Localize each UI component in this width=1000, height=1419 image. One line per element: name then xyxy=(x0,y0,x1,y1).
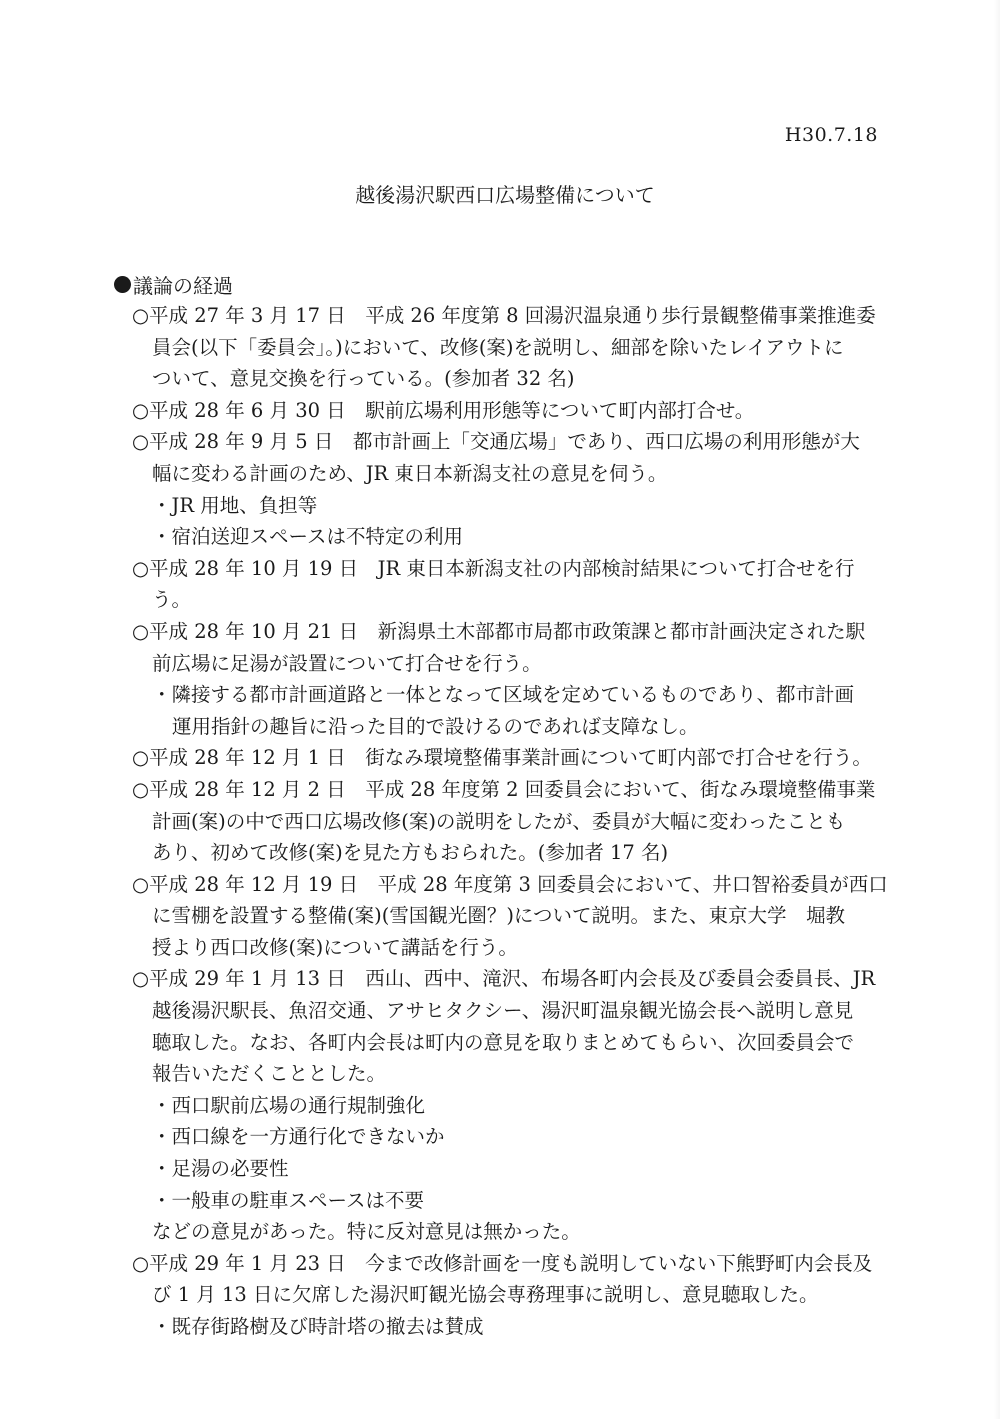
summary-line: などの意見があった。特に反対意見は無かった。 xyxy=(132,1216,882,1248)
history-continuation-line: あり、初めて改修(案)を見た方もおられた。(参加者 17 名) xyxy=(132,837,882,869)
history-continuation-line: に雪棚を設置する整備(案)(雪国観光圏？)について説明。また、東京大学 堀教 xyxy=(132,900,882,932)
bullet-item: ・足湯の必要性 xyxy=(132,1153,882,1185)
history-entry-line: ○平成 28 年 10 月 19 日 JR 東日本新潟支社の内部検討結果について… xyxy=(132,553,882,585)
bullet-dot-icon xyxy=(114,276,131,293)
history-continuation-line: 計画(案)の中で西口広場改修(案)の説明をしたが、委員が大幅に変わったことも xyxy=(132,806,882,838)
history-continuation-line: 越後湯沢駅長、魚沼交通、アサヒタクシー、湯沢町温泉観光協会長へ説明し意見 xyxy=(132,995,882,1027)
history-entry-line: ○平成 28 年 12 月 19 日 平成 28 年度第 3 回委員会において、… xyxy=(132,869,882,901)
bullet-item: ・宿泊送迎スペースは不特定の利用 xyxy=(132,521,882,553)
bullet-item: ・西口駅前広場の通行規制強化 xyxy=(132,1090,882,1122)
history-entry-line: ○平成 28 年 10 月 21 日 新潟県土木部都市局都市政策課と都市計画決定… xyxy=(132,616,882,648)
history-entry-line: ○平成 28 年 6 月 30 日 駅前広場利用形態等について町内部打合せ。 xyxy=(132,395,882,427)
history-continuation-line: ついて、意見交換を行っている。(参加者 32 名) xyxy=(132,363,882,395)
section-heading-text: 議論の経過 xyxy=(133,270,233,299)
bullet-item: ・隣接する都市計画道路と一体となって区域を定めているものであり、都市計画 xyxy=(132,679,882,711)
history-continuation-line: び 1 月 13 日に欠席した湯沢町観光協会専務理事に説明し、意見聴取した。 xyxy=(132,1279,882,1311)
bullet-item: ・既存街路樹及び時計塔の撤去は賛成 xyxy=(132,1311,882,1343)
history-entry-line: ○平成 29 年 1 月 23 日 今まで改修計画を一度も説明していない下熊野町… xyxy=(132,1248,882,1280)
history-entry-line: ○平成 28 年 12 月 1 日 街なみ環境整備事業計画について町内部で打合せ… xyxy=(132,742,882,774)
history-entry-line: ○平成 27 年 3 月 17 日 平成 26 年度第 8 回湯沢温泉通り歩行景… xyxy=(132,300,882,332)
bullet-item: ・JR 用地、負担等 xyxy=(132,490,882,522)
history-continuation-line: 員会(以下「委員会」。)において、改修(案)を説明し、細部を除いたレイアウトに xyxy=(132,332,882,364)
history-entry-line: ○平成 28 年 9 月 5 日 都市計画上「交通広場」であり、西口広場の利用形… xyxy=(132,426,882,458)
document-date: H30.7.18 xyxy=(785,124,878,146)
bullet-continuation-line: 運用指針の趣旨に沿った目的で設けるのであれば支障なし。 xyxy=(132,711,882,743)
history-entry-line: ○平成 29 年 1 月 13 日 西山、西中、滝沢、布場各町内会長及び委員会委… xyxy=(132,963,882,995)
history-continuation-line: 前広場に足湯が設置について打合せを行う。 xyxy=(132,648,882,680)
bullet-item: ・西口線を一方通行化できないか xyxy=(132,1121,882,1153)
history-continuation-line: 幅に変わる計画のため、JR 東日本新潟支社の意見を伺う。 xyxy=(132,458,882,490)
discussion-history: ○平成 27 年 3 月 17 日 平成 26 年度第 8 回湯沢温泉通り歩行景… xyxy=(132,300,882,1343)
history-continuation-line: 聴取した。なお、各町内会長は町内の意見を取りまとめてもらい、次回委員会で xyxy=(132,1027,882,1059)
scan-edge xyxy=(994,0,1000,1419)
bullet-item: ・一般車の駐車スペースは不要 xyxy=(132,1185,882,1217)
history-continuation-line: 授より西口改修(案)について講話を行う。 xyxy=(132,932,882,964)
history-continuation-line: 報告いただくこととした。 xyxy=(132,1058,882,1090)
document-title: 越後湯沢駅西口広場整備について xyxy=(0,179,1000,208)
section-heading: 議論の経過 xyxy=(114,270,233,299)
history-continuation-line: う。 xyxy=(132,584,882,616)
history-entry-line: ○平成 28 年 12 月 2 日 平成 28 年度第 2 回委員会において、街… xyxy=(132,774,882,806)
